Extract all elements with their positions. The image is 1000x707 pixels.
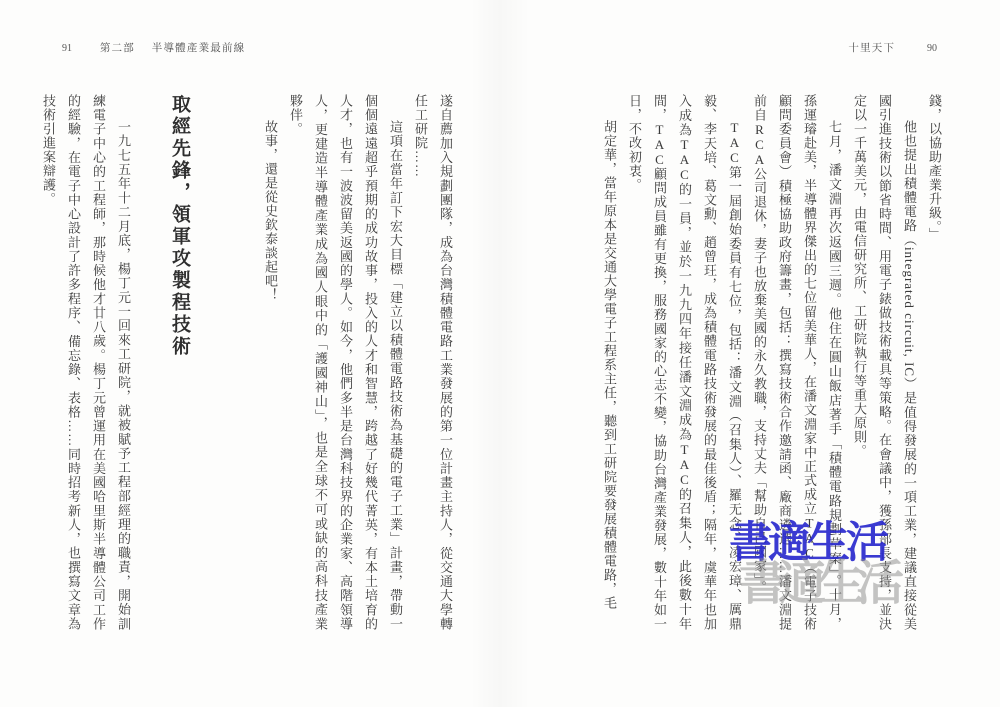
- page-number-right: 90: [927, 43, 937, 54]
- right-page-text: 錢，以協助產業升級。」他也提出積體電路（integrated circuit, …: [595, 94, 947, 631]
- running-head-chapter: 半導體產業最前線: [152, 43, 246, 54]
- paragraph: 七月，潘文淵再次返國三週。他住在圓山飯店著手「積體電路規劃草案」。十月，孫運璿赴…: [747, 94, 847, 631]
- book-spread: 91 第二部 半導體產業最前線 遂自薦加入規劃團隊，成為台灣積體電路工業發展的第…: [0, 0, 1000, 707]
- paragraph: 故事，還是從史欽泰談起吧！: [258, 94, 283, 631]
- paragraph: 這項在當年訂下宏大目標「建立以積體電路技術為基礎的電子工業」計畫，帶動一個個遠遠…: [283, 94, 408, 631]
- page-number-left: 91: [62, 43, 72, 54]
- paragraph: 他也提出積體電路（integrated circuit, IC）是值得發展的一項…: [847, 94, 922, 631]
- running-head-part: 第二部: [100, 43, 135, 54]
- section-heading: 取經先鋒，領軍攻製程技術: [160, 94, 198, 631]
- paragraph: TAC第一屆創始委員有七位，包括：潘文淵（召集人）、羅无念、凌宏璋、厲鼎毅、李天…: [622, 94, 747, 631]
- running-head-book-title: 十里天下: [848, 43, 895, 54]
- page-gutter: [470, 0, 530, 707]
- paragraph: 胡定華，當年原本是交通大學電子工程系主任，聽到工研院要發展積體電路，毛: [597, 94, 622, 631]
- paragraph: 一九七五年十二月底，楊丁元一回來工研院，就被賦予工程部經理的職責，開始訓練電子中…: [36, 94, 136, 631]
- running-head-left: 91 第二部 半導體產業最前線: [62, 40, 245, 55]
- left-page-text: 遂自薦加入規劃團隊，成為台灣積體電路工業發展的第一位計畫主持人，從交通大學轉任工…: [60, 94, 458, 631]
- paragraph: 遂自薦加入規劃團隊，成為台灣積體電路工業發展的第一位計畫主持人，從交通大學轉任工…: [408, 94, 458, 631]
- paragraph: 錢，以協助產業升級。」: [922, 94, 947, 631]
- running-head-right: 十里天下 90: [848, 40, 937, 55]
